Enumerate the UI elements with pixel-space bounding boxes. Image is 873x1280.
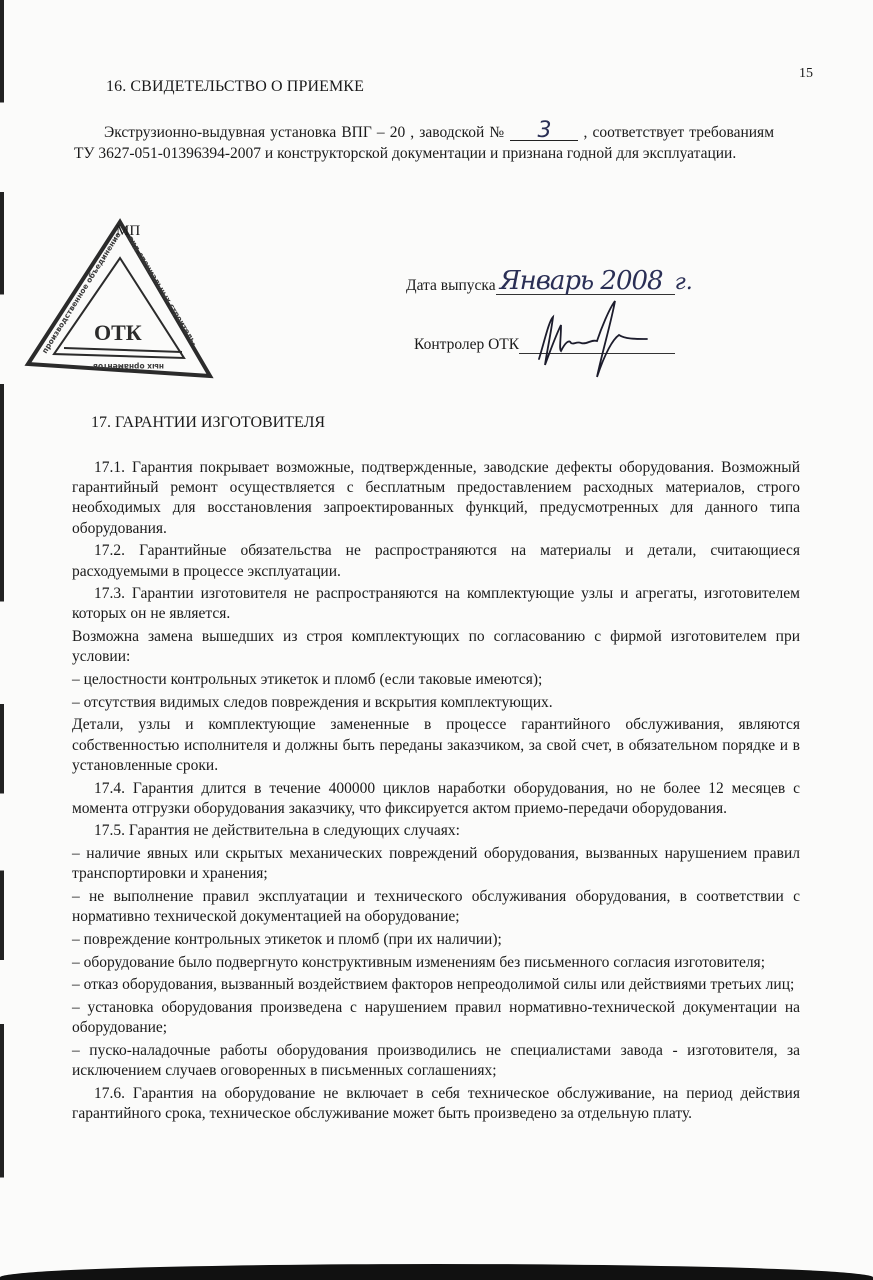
warranty-body: 17.1. Гарантия покрывает возможные, подт… [72, 458, 800, 1127]
controller-label: Контролер ОТК [414, 336, 519, 354]
release-date-handwritten: Январь 2008 [496, 268, 675, 295]
acceptance-certificate-text: Экструзионно-выдувная установка ВПГ – 20… [74, 122, 774, 164]
list-item: – отсутствия видимых следов повреждения … [72, 693, 800, 713]
list-item: – наличие явных или скрытых механических… [72, 844, 800, 884]
release-date-suffix: г. [675, 270, 693, 295]
svg-text:ных орнаментов: ных орнаментов [93, 362, 164, 371]
list-item: – отказ оборудования, вызванный воздейст… [72, 975, 800, 995]
controller-signature-row: Контролер ОТК [414, 336, 675, 354]
certificate-text-part1: Экструзионно-выдувная установка ВПГ – 20… [104, 124, 510, 141]
release-date-label: Дата выпуска [406, 277, 496, 295]
list-item: – не выполнение правил эксплуатации и те… [72, 887, 800, 927]
stamp-mp-label: МП [116, 223, 140, 240]
signature-line [519, 337, 675, 354]
section-16-title: 16. СВИДЕТЕЛЬСТВО О ПРИЕМКЕ [106, 78, 364, 96]
otk-stamp-icon: ОТК производственное объединение вид спе… [24, 216, 214, 384]
list-item: – целостности контрольных этикеток и пло… [72, 670, 800, 690]
page-number: 15 [799, 66, 813, 82]
signature-icon [531, 299, 661, 379]
paragraph-17-2: 17.2. Гарантийные обязательства не распр… [72, 541, 800, 581]
paragraph-17-4: 17.4. Гарантия длится в течение 400000 ц… [72, 779, 800, 819]
list-item: – пуско-наладочные работы оборудования п… [72, 1041, 800, 1081]
scan-bottom-edge [0, 1264, 873, 1280]
list-item: – повреждение контрольных этикеток и пло… [72, 930, 800, 950]
paragraph-parts-ownership: Детали, узлы и комплектующие замененные … [72, 715, 800, 776]
paragraph-17-3: 17.3. Гарантии изготовителя не распростр… [72, 584, 800, 624]
paragraph-17-1: 17.1. Гарантия покрывает возможные, подт… [72, 458, 800, 539]
release-date-row: Дата выпуска Январь 2008 г. [406, 268, 693, 295]
serial-number-handwritten: 3 [510, 122, 578, 141]
document-page: 15 16. СВИДЕТЕЛЬСТВО О ПРИЕМКЕ Экструзио… [0, 0, 873, 1280]
section-17-title: 17. ГАРАНТИИ ИЗГОТОВИТЕЛЯ [91, 414, 325, 432]
paragraph-17-6: 17.6. Гарантия на оборудование не включа… [72, 1084, 800, 1124]
list-item: – оборудование было подвергнуто конструк… [72, 953, 800, 973]
paragraph-17-5: 17.5. Гарантия не действительна в следую… [72, 821, 800, 841]
scan-left-edge [0, 0, 4, 1280]
list-item: – установка оборудования произведена с н… [72, 998, 800, 1038]
svg-text:ОТК: ОТК [94, 320, 142, 345]
paragraph-replacement: Возможна замена вышедших из строя компле… [72, 627, 800, 667]
